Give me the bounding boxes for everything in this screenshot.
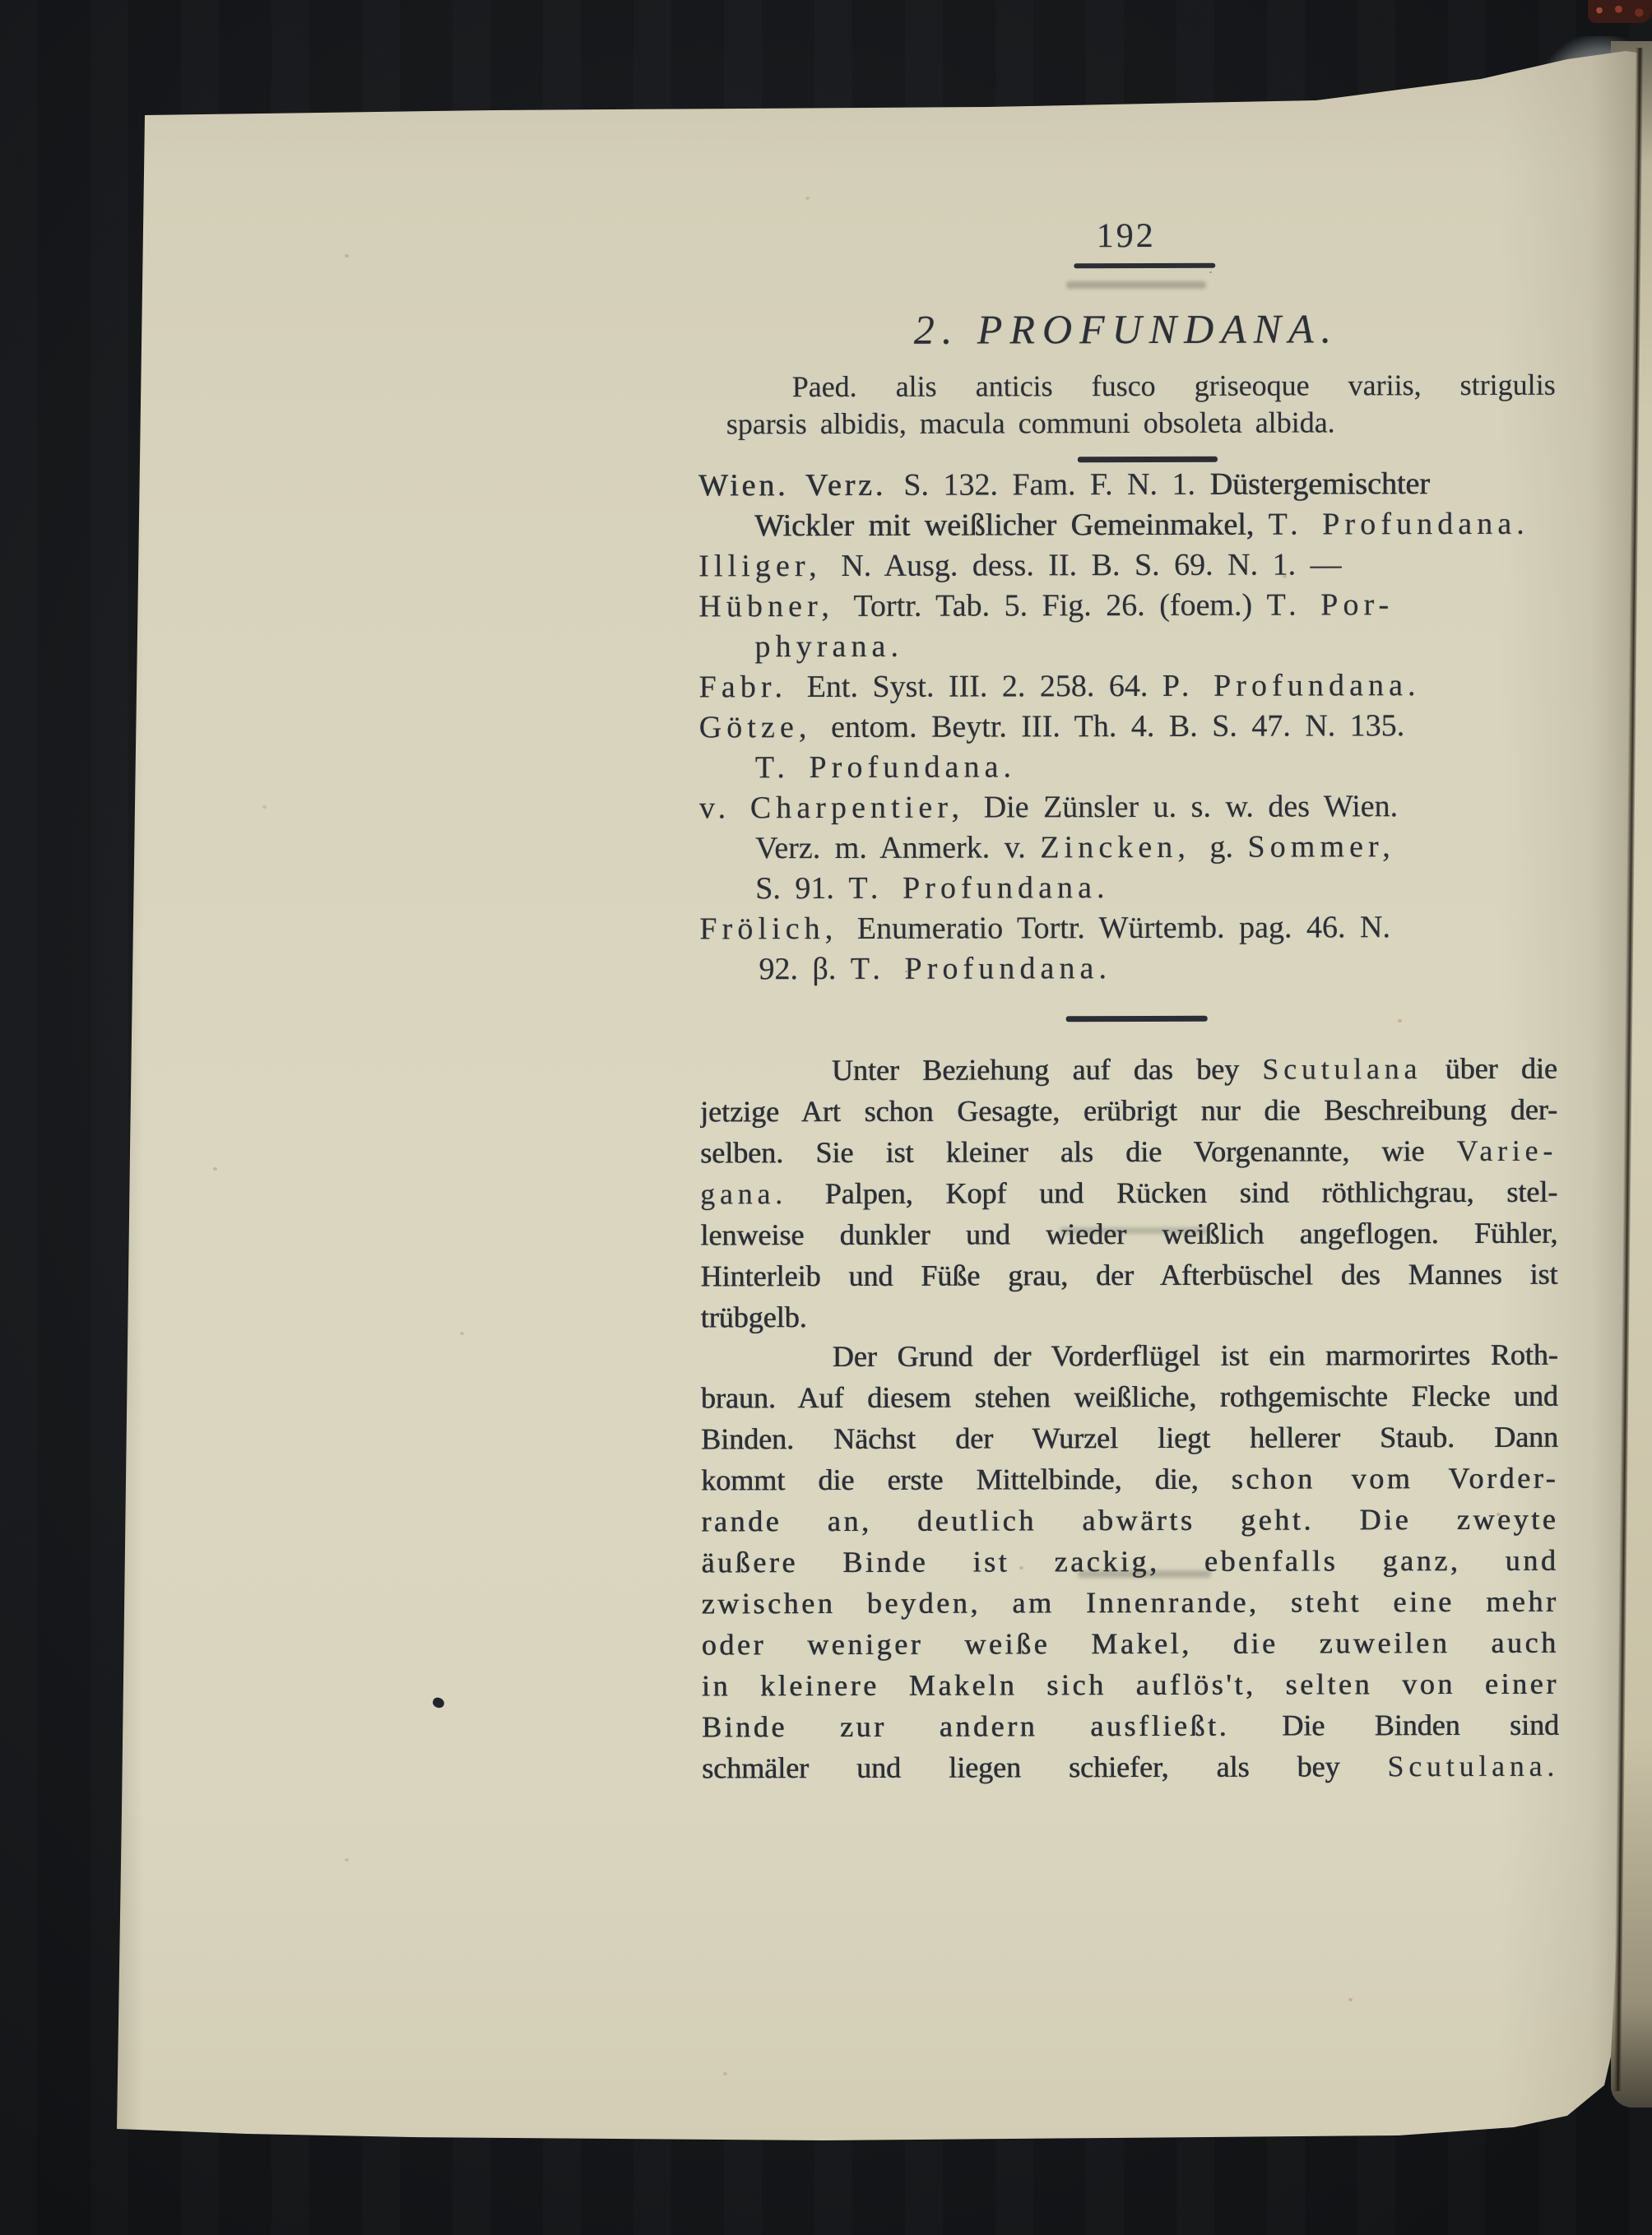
text-line: trübgelb. bbox=[701, 1295, 1558, 1338]
text-line: sparsis albidis, macula communi obsoleta… bbox=[726, 404, 1556, 443]
text-line: kommt die erste Mittelbinde, die, schon … bbox=[701, 1458, 1558, 1501]
text-segment: Fabr. bbox=[699, 670, 807, 704]
text-segment: in kleinere Makeln sich auflös't, selten… bbox=[702, 1667, 1559, 1703]
text-line: braun. Auf diesem stehen weißliche, roth… bbox=[701, 1375, 1558, 1419]
text-segment: schon vom Vorder- bbox=[1232, 1462, 1559, 1495]
text-segment: äußere Binde ist zackig, ebenfalls ganz,… bbox=[701, 1544, 1558, 1579]
text-segment: g. bbox=[1209, 830, 1247, 865]
divider-rule-bottom bbox=[1066, 1016, 1208, 1022]
text-line: Verz. m. Anmerk. v. Zincken, g. Sommer, bbox=[699, 827, 1557, 869]
text-segment: entom. Beytr. III. Th. 4. B. S. 47. N. 1… bbox=[831, 708, 1404, 744]
text-segment: Unter Beziehung auf das bey bbox=[832, 1053, 1263, 1087]
text-line: Fabr. Ent. Syst. III. 2. 258. 64. P. Pro… bbox=[699, 665, 1557, 708]
species-heading: 2. PROFUNDANA. bbox=[697, 304, 1555, 355]
text-segment: über die bbox=[1422, 1052, 1557, 1085]
text-segment: kommt die erste Mittelbinde, die, bbox=[701, 1463, 1232, 1497]
text-line: lenweise dunkler und wieder weißlich ang… bbox=[700, 1213, 1557, 1256]
page-number: 192 bbox=[697, 216, 1555, 257]
text-segment: Tortr. Tab. 5. Fig. 26. (foem.) bbox=[853, 588, 1266, 624]
text-line: Frölich, Enumeratio Tortr. Würtemb. pag.… bbox=[699, 907, 1557, 950]
text-segment: Palpen, Kopf und Rücken sind röthlichgra… bbox=[825, 1175, 1558, 1210]
text-segment: Ent. Syst. III. 2. 258. 64. bbox=[807, 669, 1162, 704]
text-segment: Enumeratio Tortr. Würtemb. pag. 46. N. bbox=[857, 910, 1390, 946]
text-line: Wien. Verz. S. 132. Fam. F. N. 1. Düster… bbox=[698, 464, 1556, 507]
text-line: Binden. Nächst der Wurzel liegt hellerer… bbox=[701, 1417, 1558, 1460]
text-line: selben. Sie ist kleiner als die Vorgenan… bbox=[700, 1130, 1557, 1174]
text-segment: Binden. Nächst der Wurzel liegt hellerer… bbox=[701, 1421, 1558, 1456]
book-scan: 192 2. PROFUNDANA. Paed. alis anticis fu… bbox=[0, 0, 1652, 2235]
text-segment: T. Profundana. bbox=[755, 749, 1016, 785]
page-number-underline bbox=[1074, 263, 1215, 268]
body-paragraph-1: Unter Beziehung auf das bey Scutulana üb… bbox=[700, 1048, 1558, 1338]
text-line: 92. β. T. Profundana. bbox=[699, 948, 1557, 990]
text-segment: Hinterleib und Füße grau, der Afterbüsch… bbox=[700, 1258, 1557, 1293]
text-segment: Paed. alis anticis fusco griseoque varii… bbox=[792, 369, 1556, 403]
text-segment: Frölich, bbox=[699, 911, 857, 947]
text-line: rande an, deutlich abwärts geht. Die zwe… bbox=[701, 1499, 1558, 1542]
text-line: schmäler und liegen schiefer, als bey Sc… bbox=[702, 1746, 1559, 1789]
text-segment: phyrana. bbox=[754, 629, 903, 664]
text-line: oder weniger weiße Makel, die zuweilen a… bbox=[702, 1622, 1559, 1666]
text-line: Unter Beziehung auf das bey Scutulana üb… bbox=[700, 1048, 1557, 1092]
text-line: Hinterleib und Füße grau, der Afterbüsch… bbox=[700, 1254, 1557, 1297]
text-segment: T. Profundana. bbox=[1269, 507, 1529, 542]
text-segment: Der Grund der Vorderflügel ist ein marmo… bbox=[833, 1338, 1558, 1373]
text-segment: gana. bbox=[700, 1177, 824, 1210]
text-segment: Scutulana bbox=[1262, 1052, 1422, 1086]
text-line: äußere Binde ist zackig, ebenfalls ganz,… bbox=[701, 1540, 1558, 1584]
text-line: gana. Palpen, Kopf und Rücken sind röthl… bbox=[700, 1171, 1557, 1215]
text-line: Wickler mit weißlicher Gemeinmakel, T. P… bbox=[698, 504, 1556, 547]
text-line: v. Charpentier, Die Zünsler u. s. w. des… bbox=[699, 786, 1557, 829]
text-segment: v. Charpentier, bbox=[699, 790, 984, 825]
text-line: Der Grund der Vorderflügel ist ein marmo… bbox=[701, 1334, 1558, 1378]
text-segment: 92. β. bbox=[759, 952, 850, 986]
text-segment: S. 91. bbox=[755, 871, 848, 906]
text-segment: Die zweyte bbox=[1359, 1503, 1558, 1537]
divider-rule-top bbox=[1078, 457, 1218, 462]
text-segment: Illiger, bbox=[698, 549, 841, 583]
body-paragraph-2: Der Grund der Vorderflügel ist ein marmo… bbox=[701, 1334, 1559, 1789]
text-segment: Die Zünsler u. s. w. des Wien. bbox=[984, 789, 1399, 824]
text-segment: Wien. Verz. bbox=[698, 468, 903, 503]
text-segment: lenweise dunkler und wieder weißlich ang… bbox=[700, 1217, 1557, 1252]
text-segment: Düstergemischter bbox=[1209, 466, 1429, 502]
text-segment: Die Binden sind bbox=[1282, 1709, 1559, 1742]
text-segment: N. Ausg. dess. II. B. S. 69. N. 1. — bbox=[841, 547, 1341, 583]
text-segment: zwischen beyden, am Innenrande, steht ei… bbox=[701, 1585, 1558, 1621]
text-segment: Zincken, bbox=[1040, 830, 1209, 865]
text-segment: Sommer, bbox=[1247, 829, 1394, 864]
text-line: T. Profundana. bbox=[699, 746, 1557, 789]
text-segment: schmäler und liegen schiefer, als bey bbox=[702, 1750, 1388, 1784]
text-segment: T. Profundana. bbox=[848, 870, 1109, 906]
text-line: S. 91. T. Profundana. bbox=[699, 867, 1557, 910]
text-line: Binde zur andern ausfließt. Die Binden s… bbox=[702, 1704, 1559, 1748]
text-line: Illiger, N. Ausg. dess. II. B. S. 69. N.… bbox=[698, 545, 1556, 587]
text-segment: Hübner, bbox=[698, 589, 853, 624]
text-segment: selben. Sie ist kleiner als die Vorgenan… bbox=[700, 1134, 1457, 1169]
text-segment: Wickler mit weißlicher Gemeinmakel, bbox=[754, 508, 1269, 544]
bibliography-block: Wien. Verz. S. 132. Fam. F. N. 1. Düster… bbox=[698, 464, 1557, 990]
text-segment: S. 132. Fam. F. N. 1. bbox=[903, 467, 1209, 503]
text-segment: Binde zur andern ausfließt. bbox=[702, 1709, 1282, 1744]
text-segment: Scutulana. bbox=[1387, 1750, 1559, 1783]
text-segment: Varie- bbox=[1457, 1134, 1558, 1167]
text-segment: jetzige Art schon Gesagte, erübrigt nur … bbox=[700, 1093, 1557, 1129]
text-segment: braun. Auf diesem stehen weißliche, roth… bbox=[701, 1379, 1558, 1415]
text-line: jetzige Art schon Gesagte, erübrigt nur … bbox=[700, 1089, 1557, 1133]
text-line: phyrana. bbox=[698, 625, 1556, 668]
text-line: zwischen beyden, am Innenrande, steht ei… bbox=[701, 1581, 1558, 1625]
text-segment: T. Por- bbox=[1267, 587, 1394, 622]
text-segment: P. Profundana. bbox=[1162, 668, 1421, 703]
text-segment: sparsis albidis, macula communi obsoleta… bbox=[726, 406, 1335, 440]
text-segment: oder weniger weiße Makel, die zuweilen a… bbox=[702, 1626, 1559, 1662]
text-segment: T. Profundana. bbox=[851, 951, 1111, 986]
printed-text-layer: 192 2. PROFUNDANA. Paed. alis anticis fu… bbox=[0, 0, 1652, 2235]
text-segment: Götze, bbox=[699, 710, 831, 744]
latin-diagnosis: Paed. alis anticis fusco griseoque varii… bbox=[726, 367, 1556, 443]
text-line: in kleinere Makeln sich auflös't, selten… bbox=[702, 1663, 1559, 1707]
text-line: Götze, entom. Beytr. III. Th. 4. B. S. 4… bbox=[699, 706, 1557, 749]
text-line: Paed. alis anticis fusco griseoque varii… bbox=[726, 367, 1556, 406]
text-segment: Verz. m. Anmerk. v. bbox=[755, 830, 1040, 865]
text-segment: rande an, deutlich abwärts geht. bbox=[701, 1503, 1359, 1537]
text-line: Hübner, Tortr. Tab. 5. Fig. 26. (foem.) … bbox=[698, 585, 1556, 628]
text-segment: trübgelb. bbox=[701, 1301, 807, 1333]
